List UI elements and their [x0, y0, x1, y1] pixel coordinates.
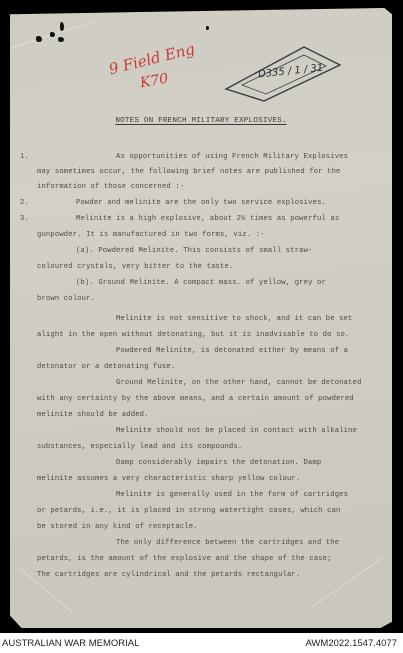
document-title-text: NOTES ON FRENCH MILITARY EXPLOSIVES. — [115, 117, 286, 125]
body-line: be stored in any kind of receptacle. — [37, 523, 198, 531]
institution-caption: AUSTRALIAN WAR MEMORIAL — [2, 638, 139, 649]
body-line: or petards, i.e., it is placed in strong… — [37, 507, 341, 515]
body-line: (b). Ground Melinite. A compact mass. of… — [76, 279, 326, 287]
scan-background: 9 Field Eng K70 D335 / 1 / 31 NOTES ON F… — [0, 0, 403, 633]
punch-hole — [50, 32, 55, 37]
body-line: The cartridges are cylindrical and the p… — [37, 571, 300, 579]
body-line: melinite should be added. — [37, 411, 149, 419]
punch-hole — [206, 26, 209, 30]
paragraph-number: 3. — [20, 215, 29, 223]
body-line: Melinite is generally used in the form o… — [116, 491, 348, 499]
body-line: information of those concerned :- — [37, 183, 184, 191]
body-line: may sometimes occur, the following brief… — [37, 168, 341, 176]
paper-crease — [310, 556, 384, 608]
body-line: 1.As opportunities of using French Milit… — [20, 153, 29, 161]
body-line: coloured crystals, very bitter to the ta… — [37, 263, 233, 271]
body-line: Powdered Melinite, is detonated either b… — [116, 347, 348, 355]
body-line: (a). Powdered Melinite. This consists of… — [76, 247, 313, 255]
punch-hole — [36, 36, 42, 42]
archive-stamp: D335 / 1 / 31 — [224, 45, 342, 103]
paragraph-number: 2. — [20, 199, 29, 207]
handwritten-unit-note: 9 Field Eng — [107, 42, 196, 78]
body-line: gunpowder. It is manufactured in two for… — [37, 231, 265, 239]
punch-hole — [58, 37, 64, 42]
accession-number: AWM2022.1547.4077 — [305, 638, 397, 649]
body-line: The only difference between the cartridg… — [116, 539, 339, 547]
paragraph-number: 1. — [20, 153, 29, 161]
body-line: detonator or a detonating fuse. — [37, 363, 175, 371]
body-line: Ground Melinite, on the other hand, cann… — [116, 379, 361, 387]
punch-hole — [60, 22, 64, 31]
body-line: brown colour. — [37, 295, 95, 303]
body-line: substances, especially lead and its comp… — [37, 443, 242, 451]
body-line: Melinite should not be placed in contact… — [116, 427, 357, 435]
handwritten-reference: K70 — [139, 72, 169, 91]
document-page: 9 Field Eng K70 D335 / 1 / 31 NOTES ON F… — [10, 8, 392, 628]
body-line: 2.Powder and melinite are the only two s… — [20, 199, 29, 207]
body-line: melinite assumes a very characteristic s… — [37, 475, 300, 483]
body-line: petards, is the amount of the explosive … — [37, 555, 332, 563]
body-line: with any certainty by the above means, a… — [37, 395, 354, 403]
body-line: Melinite is not sensitive to shock, and … — [116, 315, 353, 323]
body-line: Damp considerably impairs the detonation… — [116, 459, 321, 467]
document-title: NOTES ON FRENCH MILITARY EXPLOSIVES. — [10, 117, 392, 125]
body-line: 3.Melinite is a high explosive, about 2½… — [20, 215, 29, 223]
body-line: alight in the open without detonating, b… — [37, 331, 349, 339]
